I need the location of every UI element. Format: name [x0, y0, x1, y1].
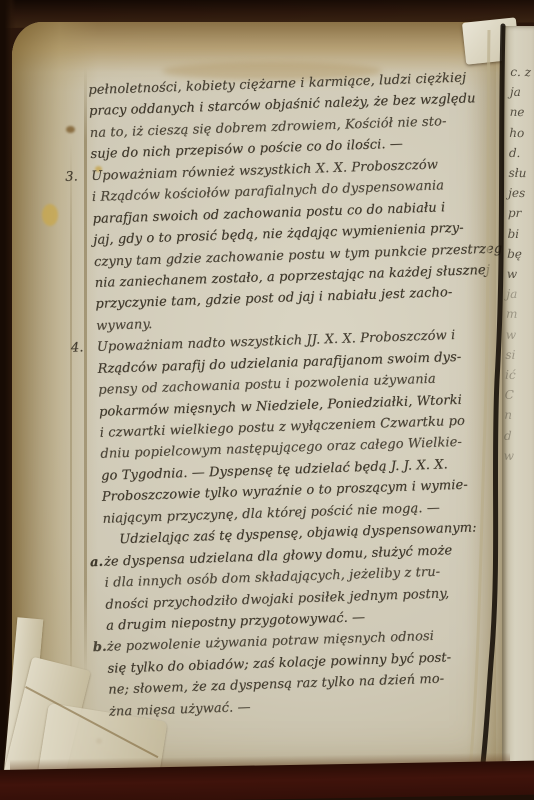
next-page-line-fragment: w — [503, 446, 524, 467]
page-crease — [70, 142, 72, 716]
next-page-line-fragment: w — [506, 324, 527, 345]
next-page-line-fragment: ja — [510, 82, 531, 103]
item-marker: 3. — [65, 166, 78, 188]
next-page-line-fragment: n — [504, 405, 525, 426]
next-page-line-fragment: C — [505, 385, 526, 406]
next-page-line-fragment: m — [506, 304, 527, 325]
next-page-line-fragment: ho — [509, 122, 530, 143]
next-page-line-fragment: c. z — [510, 62, 531, 83]
next-page-line-fragment: w — [507, 264, 528, 285]
next-page-text: c. zjanehod.słujesprbibęwjamwsiićCndw — [503, 62, 531, 466]
next-page-line-fragment: słu — [508, 163, 529, 184]
item-marker: a. — [90, 551, 104, 573]
stain — [66, 126, 75, 133]
item-marker: 4. — [71, 338, 84, 360]
next-page-line-fragment: d — [504, 425, 525, 446]
next-page-line-fragment: d. — [509, 143, 530, 164]
page-crease — [84, 68, 87, 676]
next-page-line-fragment: ić — [505, 365, 526, 386]
next-page-line-fragment: ne — [509, 102, 530, 123]
next-page-edge: c. zjanehod.słujesprbibęwjamwsiićCndw — [502, 26, 534, 770]
next-page-line-fragment: ja — [506, 284, 527, 305]
manuscript-photo: pełnoletności, kobiety ciężarne i karmią… — [0, 0, 534, 800]
next-page-line-fragment: pr — [508, 203, 529, 224]
stain — [42, 204, 58, 226]
next-page-line-fragment: jes — [508, 183, 529, 204]
next-page-line-fragment: bę — [507, 244, 528, 265]
next-page-line-fragment: bi — [507, 223, 528, 244]
item-marker: b. — [92, 637, 107, 659]
manuscript-text: pełnoletności, kobiety ciężarne i karmią… — [88, 67, 495, 723]
next-page-line-fragment: si — [505, 345, 526, 366]
